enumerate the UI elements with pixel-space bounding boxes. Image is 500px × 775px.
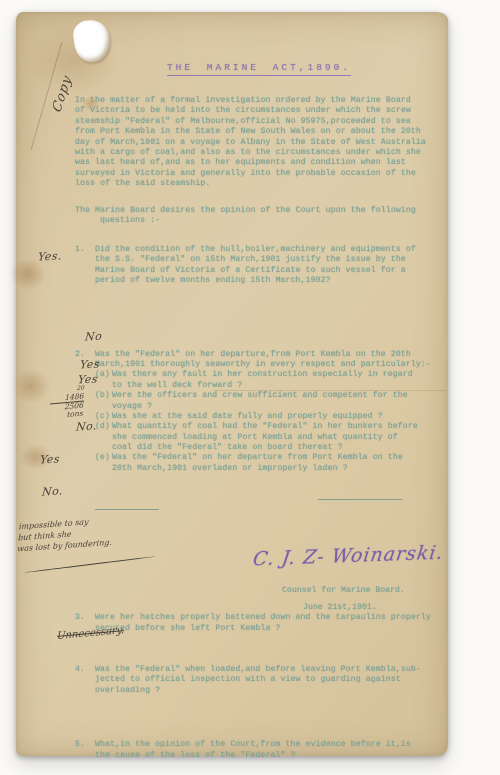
sub-question-c: (c) Was she at the said date fully and p… (75, 412, 463, 422)
margin-answer-q3: Yes (39, 452, 60, 466)
document-title: THE MARINE ACT,1890. (75, 57, 443, 76)
edge-stain-2 (12, 368, 50, 404)
typed-line: Was there any fault in her construction … (112, 370, 463, 380)
typed-line: 20th March,1901 overladen or improperly … (112, 464, 463, 474)
margin-answer-q1: Yes. (37, 249, 62, 263)
signature-role: Counsel for Marine Board. (282, 586, 405, 595)
margin-answer-q4: No. (41, 484, 63, 498)
question-lines: What,in the opinion of the Court,from th… (95, 740, 463, 761)
typed-line: surveyed in Victoria and generally into … (75, 169, 443, 179)
question-lines: Was the "Federal" when loaded,and before… (95, 665, 463, 696)
typed-line: Were her hatches properly battened down … (95, 613, 463, 623)
sub-label: (b) (95, 391, 110, 401)
sub-lines: What quantity of coal had the "Federal" … (112, 422, 463, 453)
sum-total: 2506 tons (49, 402, 84, 421)
typed-line: was last heard of,and as to her equipmen… (75, 158, 443, 168)
typed-line: Marine Board of Victoria of a Certificat… (95, 266, 463, 276)
typed-line: Was the "Federal" on her departure,from … (95, 350, 463, 360)
typed-line: March,1901 thoroughly seaworthy in every… (95, 360, 463, 370)
question-lines: Was the "Federal" on her departure,from … (95, 350, 463, 371)
emphasis-underline (318, 499, 402, 500)
typed-line: the cause of the loss of the "Federal" ? (95, 751, 463, 761)
title-text: THE MARINE ACT,1890. (167, 62, 351, 76)
typed-line: coal did the "Federal" take on board the… (112, 443, 463, 453)
typed-line: steamship "Federal" of Melbourne,officia… (75, 117, 443, 127)
margin-note-q5: impossible to saybut think shewas lost b… (17, 515, 114, 555)
typed-line: jected to official inspection with a vie… (95, 675, 463, 685)
preamble: The Marine Board desires the opinion of … (75, 206, 443, 227)
typed-line: secured before she left Port Kembla ? (95, 624, 463, 634)
question-number: 1. (75, 245, 85, 255)
sub-lines: Was there any fault in her construction … (112, 370, 463, 391)
typed-line: Did the condition of the hull,boiler,mac… (95, 245, 463, 255)
margin-answer-q2e: No. (75, 419, 97, 433)
scanned-document-page: Copy THE MARINE ACT,1890. In the matter … (0, 0, 500, 775)
question-1: 1. Did the condition of the hull,boiler,… (75, 245, 463, 287)
sub-lines: Was the "Federal" on her departure from … (112, 453, 463, 474)
typed-line: period of twelve months ending 15th Marc… (95, 276, 463, 286)
typed-line: What quantity of coal had the "Federal" … (112, 422, 463, 432)
question-lines: Did the condition of the hull,boiler,mac… (95, 245, 463, 287)
sub-question-e: (e) Was the "Federal" on her departure f… (75, 453, 463, 474)
typed-line: What,in the opinion of the Court,from th… (95, 740, 463, 750)
typed-document: THE MARINE ACT,1890. In the matter of a … (75, 12, 443, 756)
typed-line: she commenced loading at Port Kembla and… (112, 433, 463, 443)
question-lines: Were her hatches properly battened down … (95, 613, 463, 634)
typed-line: from Port Kembla in the State of New Sou… (75, 127, 443, 137)
sub-question-b: (b) Were the officers and crew sufficien… (75, 391, 463, 412)
typed-line: overloading ? (95, 686, 463, 696)
typed-line: voyage ? (112, 402, 463, 412)
typed-line: Was she at the said date fully and prope… (112, 412, 463, 422)
margin-answer-q2a: No (84, 330, 102, 344)
intro-paragraph: In the matter of a formal investigation … (75, 96, 443, 190)
margin-answer-q2b: Yes (79, 357, 100, 371)
margin-coal-sum: 20 1486 2506 tons (49, 384, 85, 420)
paper-sheet: Copy THE MARINE ACT,1890. In the matter … (16, 12, 448, 756)
question-number: 3. (75, 613, 85, 623)
typed-line: day of March,1901 on a voyage to Albany … (75, 138, 443, 148)
sub-lines: Was she at the said date fully and prope… (112, 412, 463, 422)
copy-annotation: Copy (50, 72, 75, 115)
question-3: 3. Were her hatches properly battened do… (75, 613, 463, 634)
typed-line: Was the "Federal" when loaded,and before… (95, 665, 463, 675)
typed-line: Were the officers and crew sufficient an… (112, 391, 463, 401)
sub-question-a: (a) Was there any fault in her construct… (75, 370, 463, 391)
question-4: 4. Was the "Federal" when loaded,and bef… (75, 665, 463, 696)
sub-lines: Were the officers and crew sufficient an… (112, 391, 463, 412)
emphasis-underline (95, 509, 159, 510)
typed-line: questions :- (75, 216, 443, 226)
question-number: 4. (75, 665, 85, 675)
typed-line: Was the "Federal" on her departure from … (112, 453, 463, 463)
typed-line: to the well deck forward ? (112, 381, 463, 391)
signature-date: June 21st,1901. (303, 603, 377, 612)
question-5: 5. What,in the opinion of the Court,from… (75, 740, 463, 761)
typed-line: of Victoria to be held into the circumst… (75, 106, 443, 116)
typed-line: loss of the said steamship. (75, 179, 443, 189)
typed-line: with a cargo of coal,and also as to the … (75, 148, 443, 158)
sub-label: (e) (95, 453, 110, 463)
question-2: 2. Was the "Federal" on her departure,fr… (75, 350, 463, 475)
typed-line: In the matter of a formal investigation … (75, 96, 443, 106)
sub-question-d: (d) What quantity of coal had the "Feder… (75, 422, 463, 453)
question-number: 5. (75, 740, 85, 750)
typed-line: the S.S. "Federal" on 15th March,1901 ju… (95, 255, 463, 265)
typed-line: The Marine Board desires the opinion of … (75, 206, 443, 216)
